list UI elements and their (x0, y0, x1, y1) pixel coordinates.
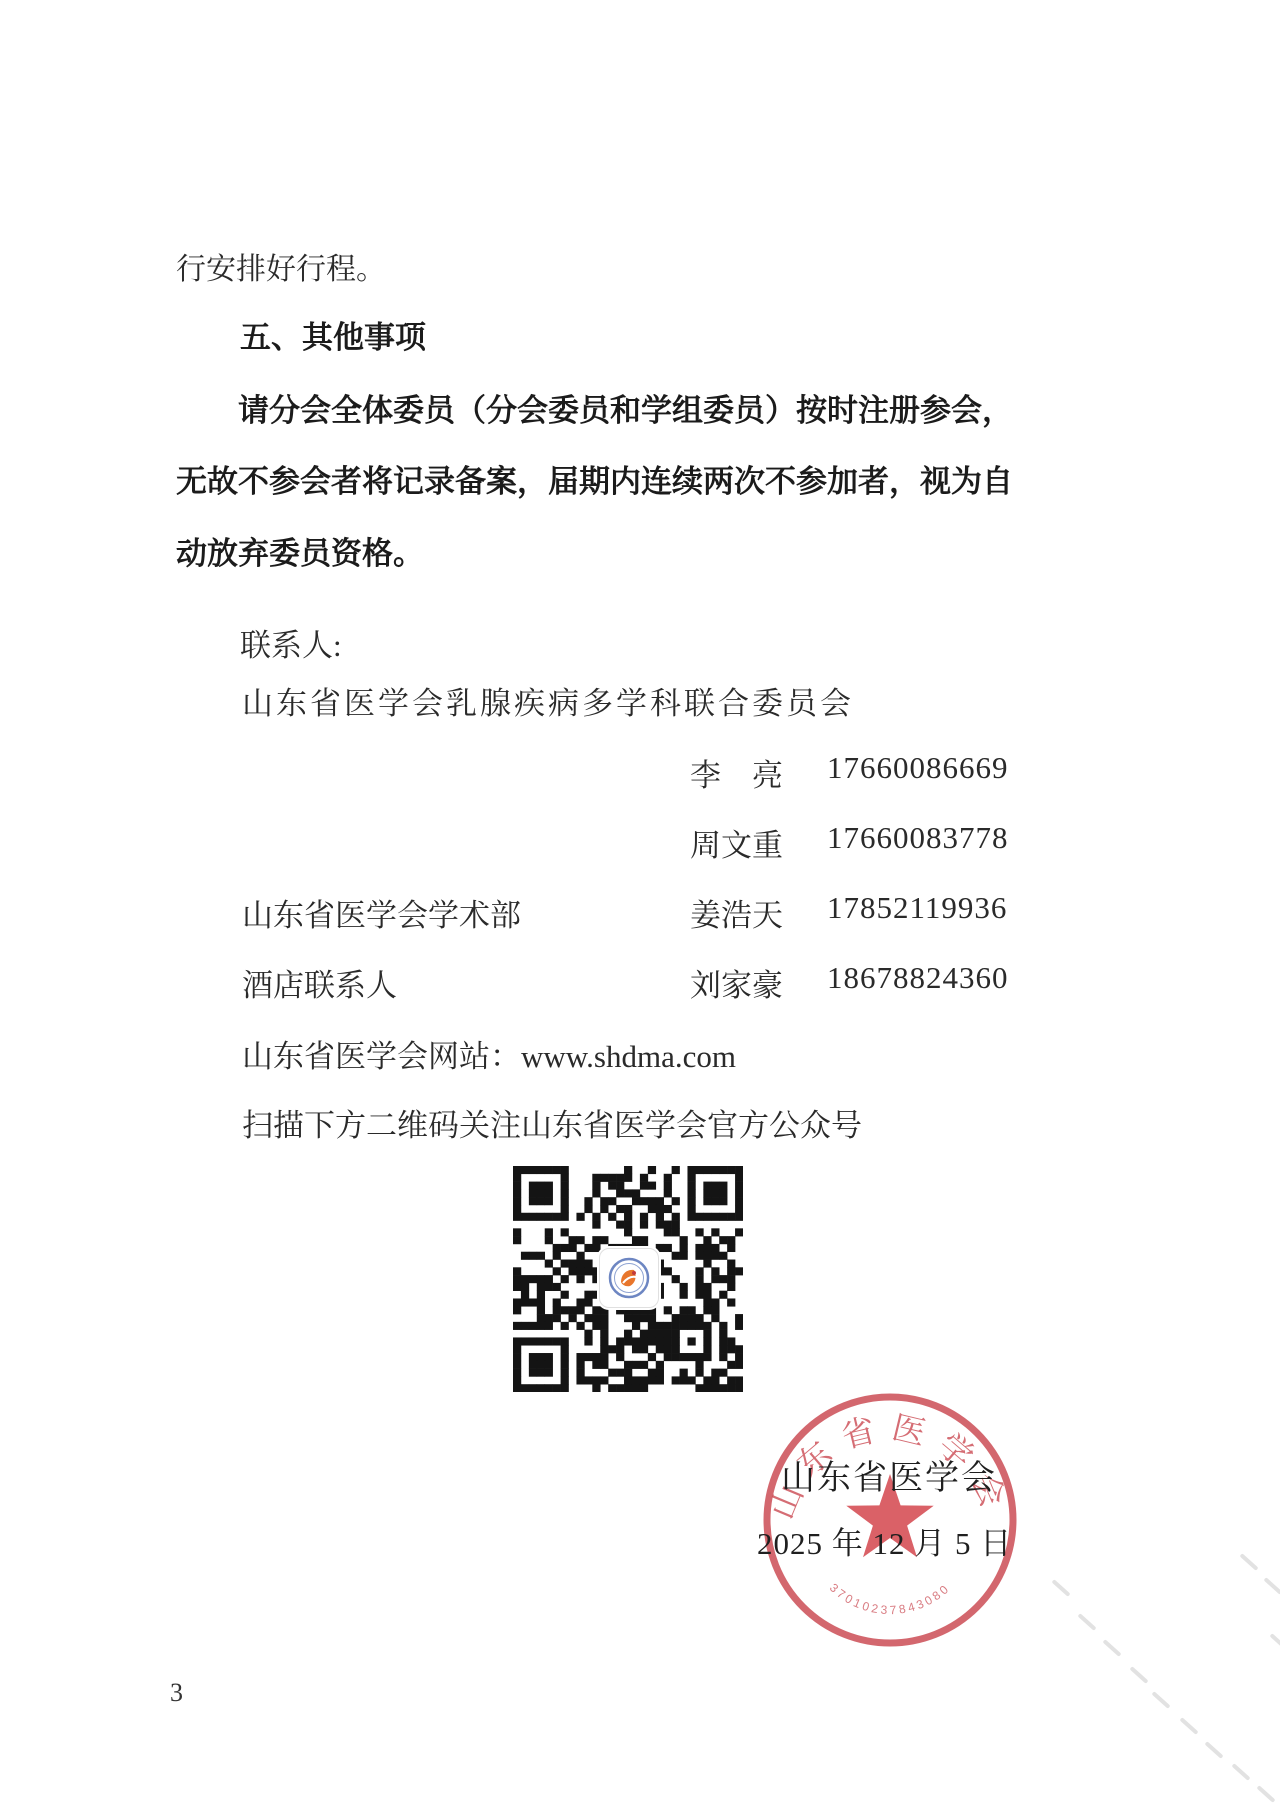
page-number: 3 (170, 1678, 183, 1708)
watermark-dash (1051, 1579, 1070, 1597)
contact-phone: 17660086669 (827, 750, 1009, 786)
contact-org: 酒店联系人 (242, 960, 397, 1005)
qr-caption: 扫描下方二维码关注山东省医学会官方公众号 (242, 1100, 862, 1145)
contact-org: 山东省医学会学术部 (242, 890, 521, 935)
seal-code: 37010237843080 (827, 1581, 953, 1618)
contact-phone: 18678824360 (827, 960, 1009, 996)
watermark-dash (1179, 1717, 1198, 1735)
watermark-dash (1239, 1553, 1258, 1571)
watermark-dash (1269, 1633, 1280, 1651)
contact-phone: 17852119936 (827, 890, 1007, 926)
section-heading: 五、其他事项 (240, 312, 426, 357)
committee-name: 山东省医学会乳腺疾病多学科联合委员会 (242, 678, 854, 723)
watermark-dash (1256, 1785, 1275, 1803)
watermark-dash (1077, 1613, 1096, 1631)
watermark-dash (1129, 1666, 1148, 1684)
signature-date: 2025 年 12 月 5 日 (757, 1518, 1012, 1563)
watermark-dash (1204, 1741, 1223, 1759)
document-page: 行安排好行程。 五、其他事项 请分会全体委员（分会委员和学组委员）按时注册参会，… (0, 0, 1280, 1810)
contact-name: 李 亮 (690, 750, 783, 795)
website-line: 山东省医学会网站：www.shdma.com (242, 1031, 736, 1076)
paragraph-line-2: 无故不参会者将记录备案，届期内连续两次不参加者，视为自 (176, 456, 1013, 501)
body-continuation-line: 行安排好行程。 (176, 244, 386, 288)
association-logo-icon (599, 1248, 659, 1308)
signature-org: 山东省医学会 (781, 1450, 997, 1499)
watermark-dash (1102, 1639, 1121, 1657)
qr-code-image (513, 1166, 743, 1392)
watermark-dash (1263, 1577, 1280, 1595)
paragraph-line-3: 动放弃委员资格。 (176, 528, 424, 573)
contact-phone: 17660083778 (827, 820, 1009, 856)
contact-name: 姜浩天 (690, 890, 783, 935)
watermark-dash (1151, 1691, 1170, 1709)
contact-name: 周文重 (690, 820, 783, 865)
paragraph-line-1: 请分会全体委员（分会委员和学组委员）按时注册参会， (238, 385, 1013, 430)
contacts-label: 联系人: (240, 620, 342, 665)
contact-name: 刘家豪 (690, 960, 783, 1005)
watermark-dash (1231, 1763, 1250, 1781)
